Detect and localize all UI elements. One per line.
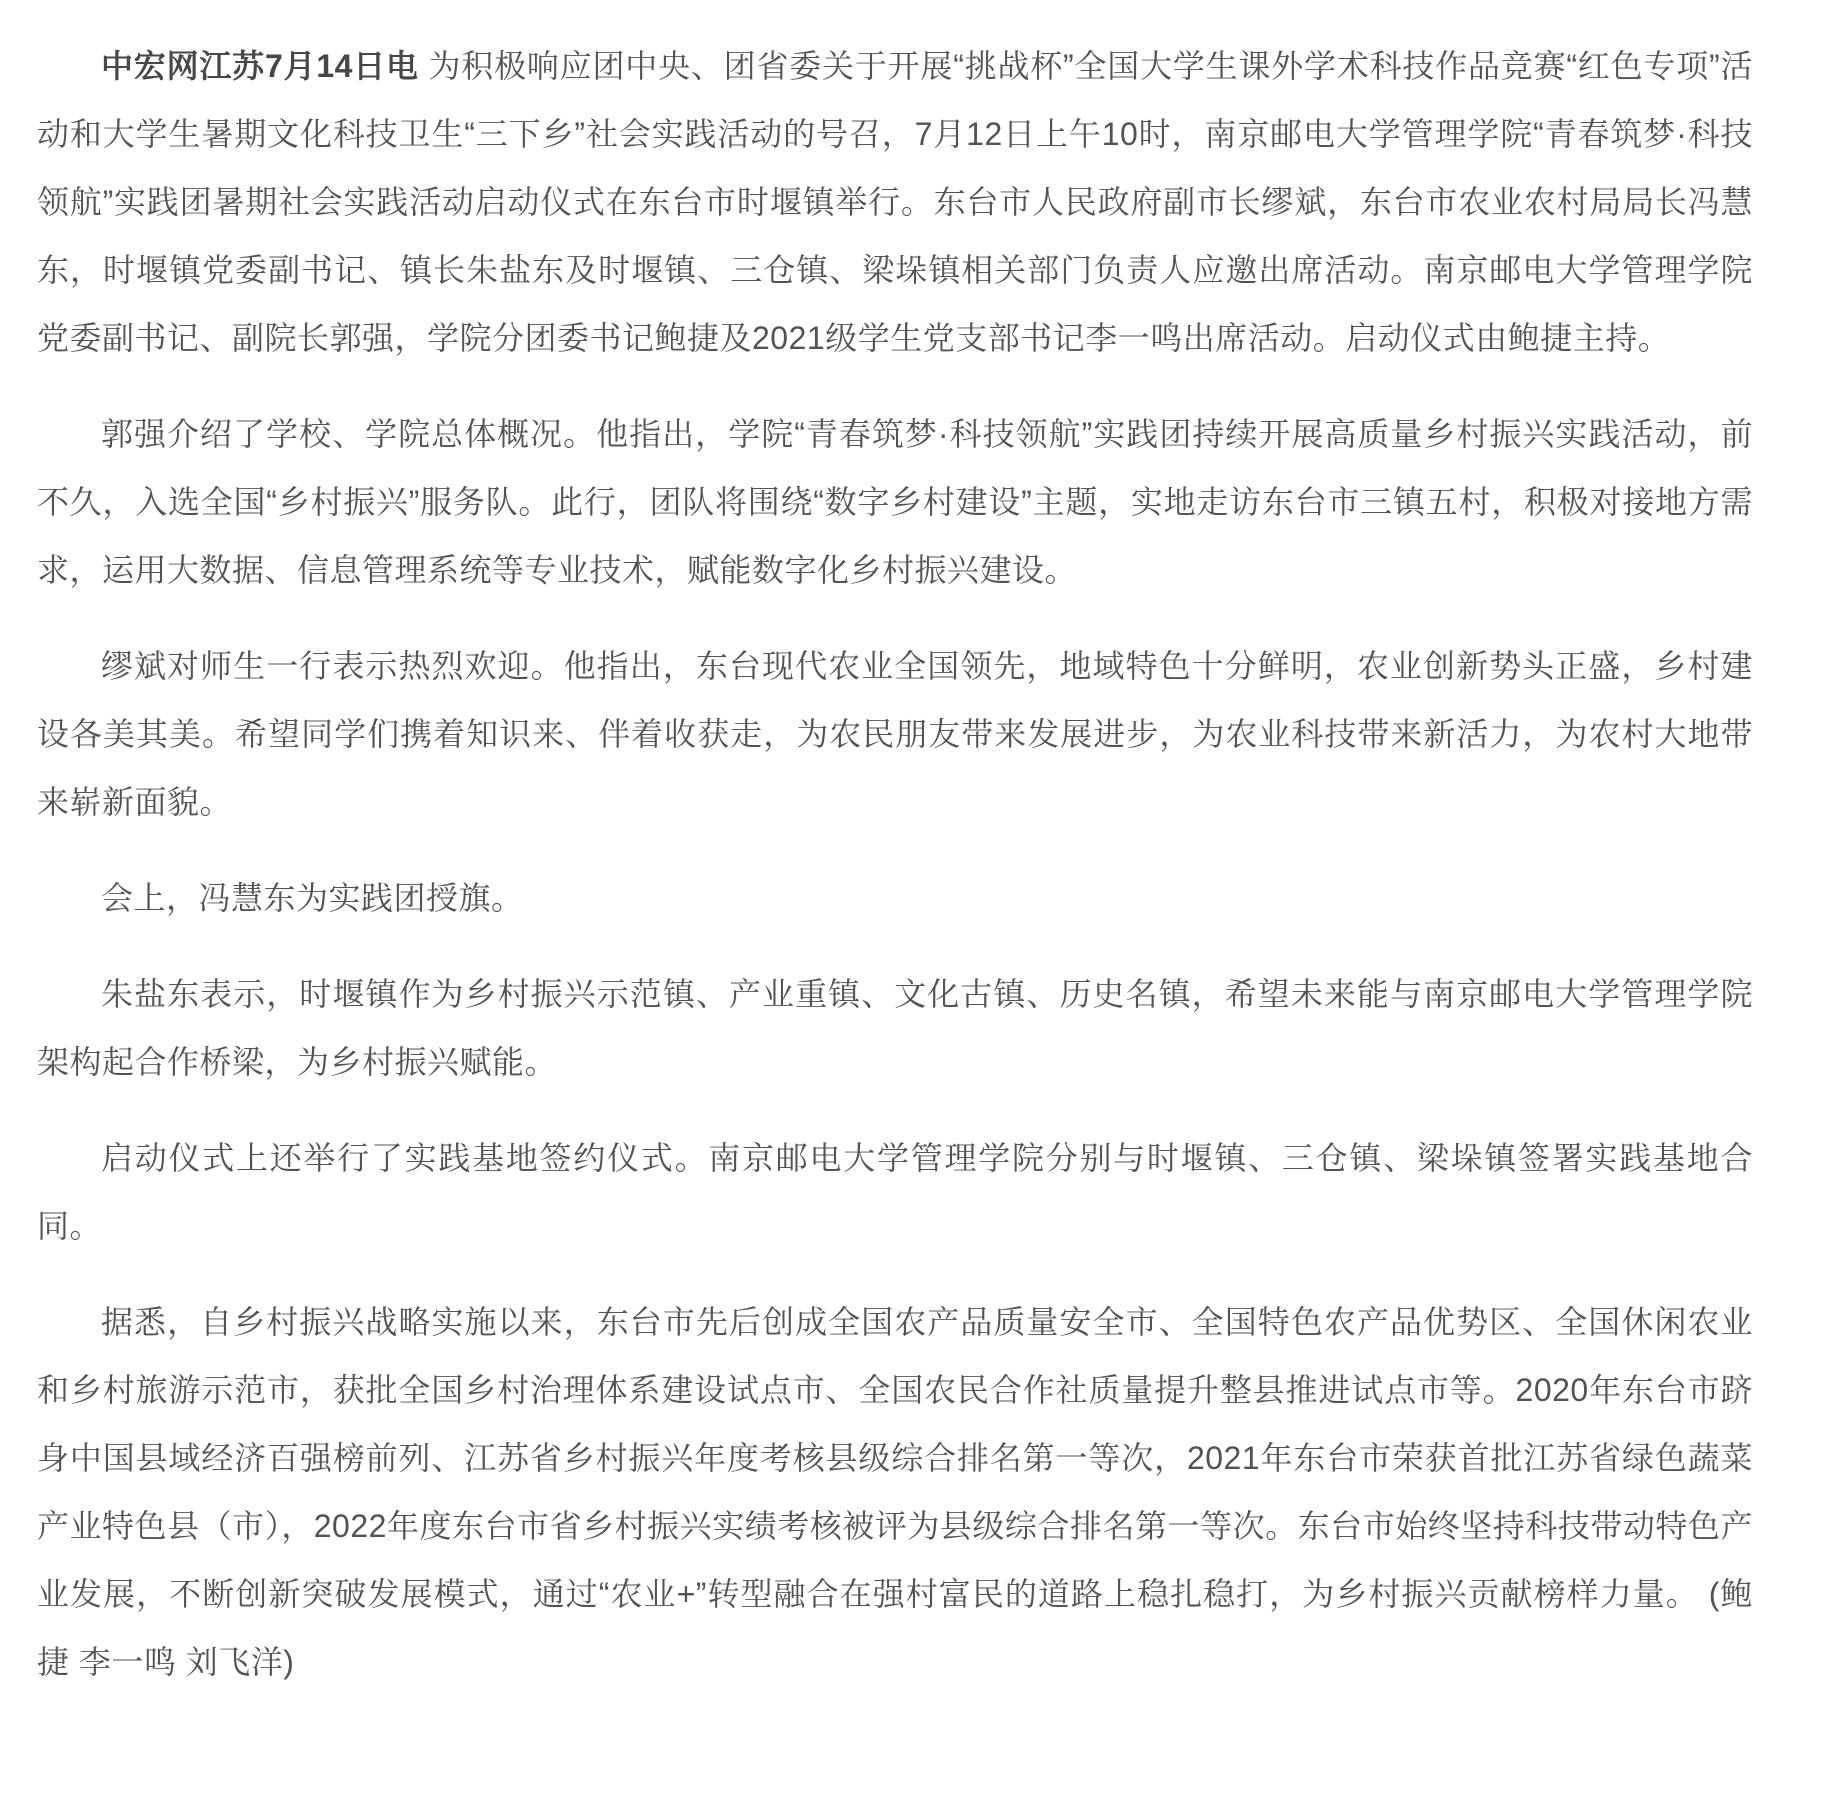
- dateline: 中宏网江苏7月14日电: [101, 48, 419, 84]
- paragraph-1: 中宏网江苏7月14日电 为积极响应团中央、团省委关于开展“挑战杯”全国大学生课外…: [37, 32, 1753, 372]
- page: { "colors": { "background": "#ffffff", "…: [0, 0, 1822, 1817]
- news-article: 中宏网江苏7月14日电 为积极响应团中央、团省委关于开展“挑战杯”全国大学生课外…: [0, 0, 1822, 1746]
- paragraph-4: 会上，冯慧东为实践团授旗。: [37, 864, 1753, 932]
- paragraph-3: 缪斌对师生一行表示热烈欢迎。他指出，东台现代农业全国领先，地域特色十分鲜明，农业…: [37, 632, 1753, 836]
- paragraph-1-text: 为积极响应团中央、团省委关于开展“挑战杯”全国大学生课外学术科技作品竞赛“红色专…: [37, 48, 1753, 356]
- paragraph-5: 朱盐东表示，时堰镇作为乡村振兴示范镇、产业重镇、文化古镇、历史名镇，希望未来能与…: [37, 960, 1753, 1096]
- paragraph-6: 启动仪式上还举行了实践基地签约仪式。南京邮电大学管理学院分别与时堰镇、三仓镇、梁…: [37, 1124, 1753, 1260]
- paragraph-2: 郭强介绍了学校、学院总体概况。他指出，学院“青春筑梦·科技领航”实践团持续开展高…: [37, 400, 1753, 604]
- paragraph-7: 据悉，自乡村振兴战略实施以来，东台市先后创成全国农产品质量安全市、全国特色农产品…: [37, 1288, 1753, 1696]
